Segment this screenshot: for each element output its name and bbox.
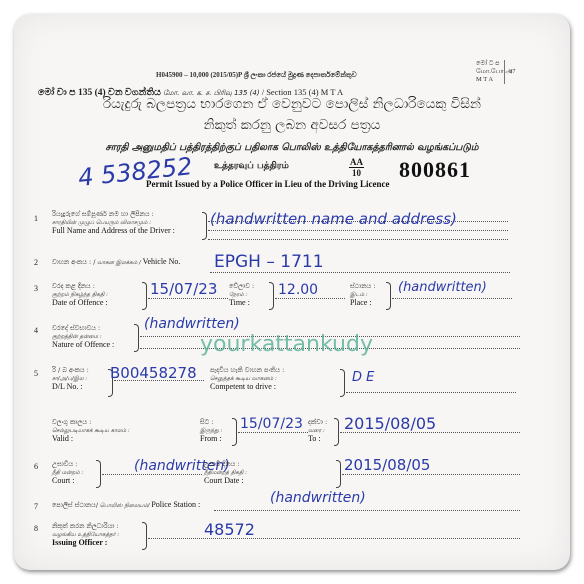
title-tamil-line2: உத்தரவுப் பத்திரம் [214, 161, 289, 172]
dl-number-value[interactable]: B00458278 [110, 364, 197, 382]
mta-block: මෝ ට ප மோ.போ.அ M T A 37 [476, 60, 513, 84]
field-driver-label: රියැදුරුගේ සම්පූර්ණ නම හා ලිපිනය : சாரதி… [52, 210, 175, 236]
competent-to-drive-value[interactable]: D E [352, 370, 374, 385]
title-sinhala-line1: රියැදුරු බලපත්‍රය භාරගෙන ඒ වෙනුවට පොලිස්… [14, 96, 570, 112]
time-value[interactable]: 12.00 [278, 282, 318, 298]
print-code: H045900 – 10,000 (2015/05)P ශ්‍රී ලංකා ර… [156, 71, 357, 80]
serial-number: 800861 [399, 157, 471, 183]
permit-document: H045900 – 10,000 (2015/05)P ශ්‍රී ලංකා ර… [14, 14, 570, 570]
valid-to-value[interactable]: 2015/08/05 [344, 414, 436, 433]
driver-name-address-value[interactable]: (handwritten name and address) [210, 210, 457, 228]
court-date-value[interactable]: 2015/08/05 [344, 456, 430, 474]
place-value[interactable]: (handwritten) [398, 280, 487, 295]
title-sinhala-line2: නිකුත් කරනු ලබන අවසර පත්‍රය [14, 117, 570, 133]
watermark: yourkattankudy [200, 332, 373, 357]
serial-prefix: AA 10 [349, 157, 364, 178]
issuing-officer-value[interactable]: 48572 [204, 520, 255, 539]
title-tamil-line1: சாரதி அனுமதிப் பத்திரத்திற்குப் பதிலாக ப… [14, 142, 570, 154]
police-station-value[interactable]: (handwritten) [270, 490, 366, 506]
vehicle-number-value[interactable]: EPGH – 1711 [214, 252, 324, 272]
valid-from-value[interactable]: 15/07/23 [240, 416, 303, 432]
nature-of-offence-value[interactable]: (handwritten) [144, 316, 240, 332]
date-of-offence-value[interactable]: 15/07/23 [150, 280, 217, 298]
title-english: Permit Issued by a Police Officer in Lie… [146, 179, 390, 189]
